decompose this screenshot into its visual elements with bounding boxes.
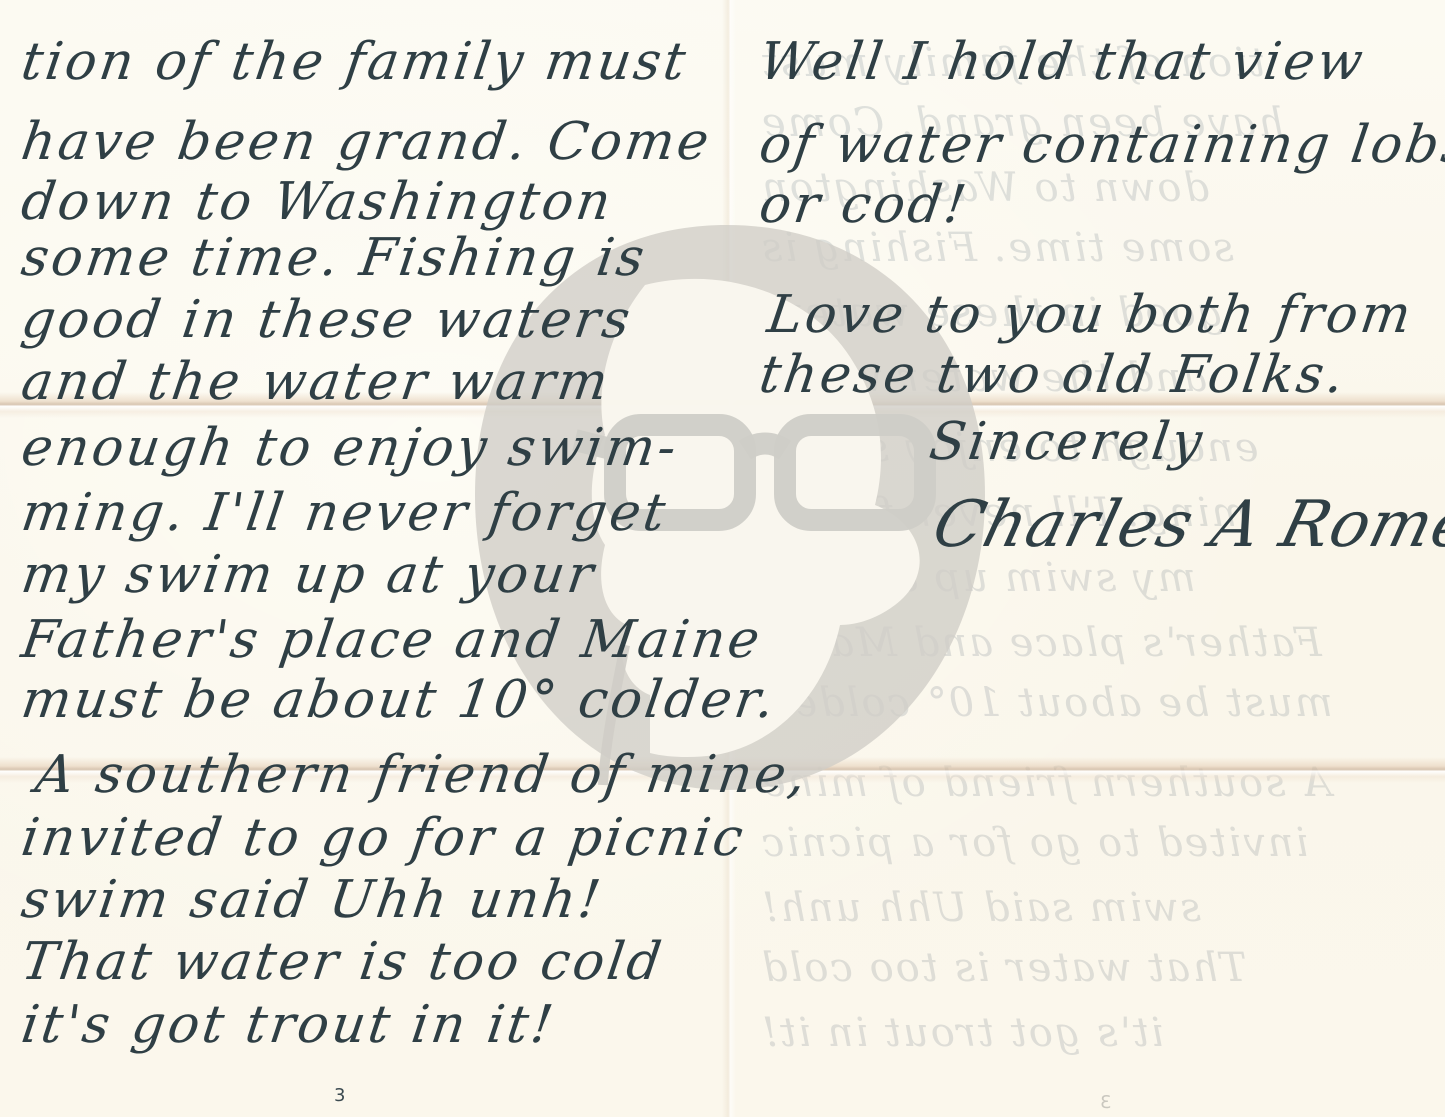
bleed-line: That water is too cold	[760, 945, 1247, 991]
signature: Charles A Romeyn	[926, 488, 1445, 562]
letter-line: That water is too cold	[18, 932, 668, 992]
letter-line: must be about 10° colder.	[18, 670, 781, 730]
bleed-line: Father's place and Maine	[760, 620, 1322, 666]
letter-line: have been grand. Come	[18, 112, 716, 172]
letter-line: ming. I'll never forget	[18, 483, 672, 543]
bleed-line: must be about 10° colder.	[760, 680, 1333, 726]
bleed-line: invited to go for a picnic	[760, 820, 1308, 866]
letter-line: some time. Fishing is	[18, 228, 651, 288]
page-number: 3	[334, 1085, 345, 1106]
fold-crease-vertical	[722, 0, 736, 1117]
letter-line: good in these waters	[18, 290, 637, 350]
letter-line: down to Washington	[18, 172, 617, 232]
letter-line: it's got trout in it!	[18, 995, 560, 1055]
closing-line: these two old Folks.	[756, 345, 1350, 405]
bleed-line: swim said Uhh unh!	[760, 885, 1201, 931]
letter-line: swim said Uhh unh!	[18, 870, 607, 930]
letter-line: tion of the family must	[18, 32, 692, 92]
valediction: Sincerely	[926, 412, 1209, 472]
letter-line: Well I hold that view	[756, 32, 1370, 92]
letter-line: invited to go for a picnic	[18, 808, 750, 868]
letter-line: or cod!	[756, 175, 973, 235]
closing-line: Love to you both from	[764, 285, 1418, 345]
page-number-bleed: 3	[1100, 1092, 1111, 1113]
letter-line: enough to enjoy swim-	[18, 418, 683, 478]
letter-line: Father's place and Maine	[18, 610, 766, 670]
bleed-line: it's got trout in it!	[760, 1010, 1164, 1056]
letter-line: and the water warm	[18, 352, 615, 412]
letter-line: A southern friend of mine,	[32, 745, 813, 805]
letter-line: my swim up at your	[18, 545, 600, 605]
letter-line: of water containing lobster	[756, 115, 1445, 175]
